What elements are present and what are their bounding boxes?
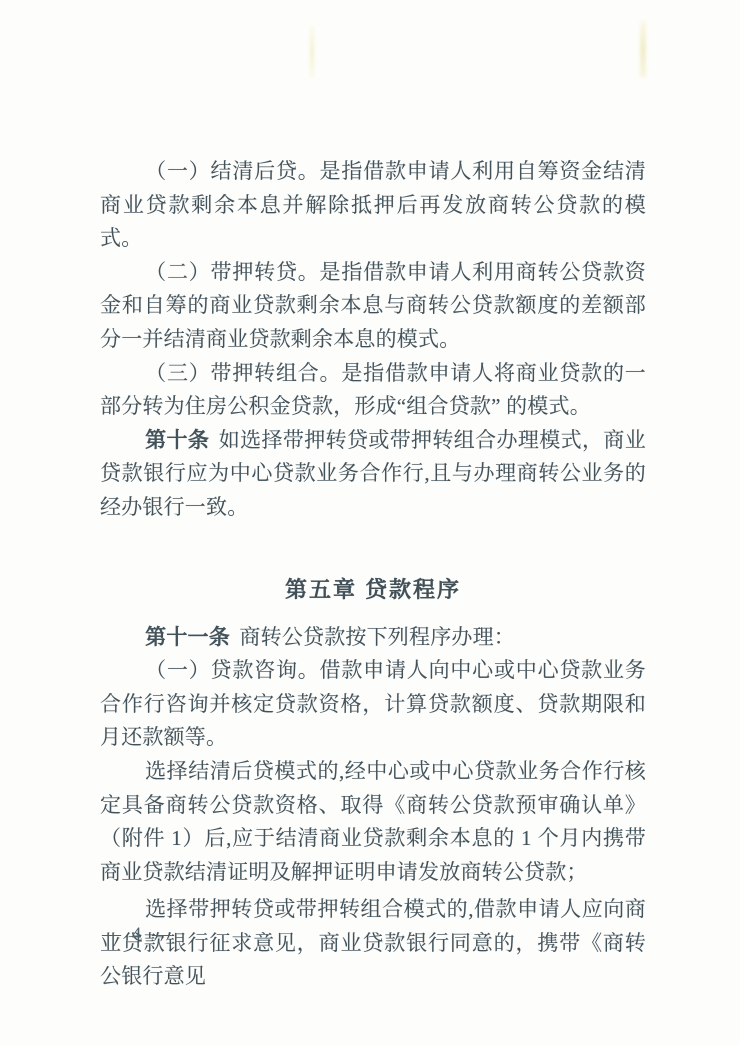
page-number: — 4 — [102, 924, 174, 946]
document-body: （一）结清后贷。是指借款申请人利用自筹资金结清商业贷款剩余本息并解除抵押后再发放… [100, 155, 646, 994]
clause-item-2: （二）带押转贷。是指借款申请人利用商转公贷款资金和自筹的商业贷款剩余本息与商转公… [100, 256, 646, 357]
clause-item-1: （一）结清后贷。是指借款申请人利用自筹资金结清商业贷款剩余本息并解除抵押后再发放… [100, 155, 646, 256]
clause-item-3: （三）带押转组合。是指借款申请人将商业贷款的一部分转为住房公积金贷款，形成“组合… [100, 357, 646, 424]
article-10-label: 第十条 [145, 429, 209, 452]
procedure-mode-with-mortgage: 选择带押转贷或带押转组合模式的,借款申请人应向商业贷款银行征求意见，商业贷款银行… [100, 893, 646, 994]
article-11-label: 第十一条 [145, 626, 230, 649]
chapter-heading: 第五章 贷款程序 [100, 573, 646, 607]
article-10-paragraph: 第十条如选择带押转贷或带押转组合办理模式，商业贷款银行应为中心贷款业务合作行,且… [100, 424, 646, 525]
article-11-paragraph: 第十一条商转公贷款按下列程序办理： [100, 621, 646, 655]
scan-artifact-streak-left [310, 26, 314, 78]
procedure-mode-settle-first: 选择结清后贷模式的,经中心或中心贷款业务合作行核定具备商转公贷款资格、取得《商转… [100, 755, 646, 889]
scan-artifact-streak-right [640, 20, 646, 78]
procedure-item-1: （一）贷款咨询。借款申请人向中心或中心贷款业务合作行咨询并核定贷款资格，计算贷款… [100, 654, 646, 755]
scanned-document-page: （一）结清后贷。是指借款申请人利用自筹资金结清商业贷款剩余本息并解除抵押后再发放… [0, 0, 740, 1046]
article-11-text: 商转公贷款按下列程序办理： [239, 625, 515, 649]
